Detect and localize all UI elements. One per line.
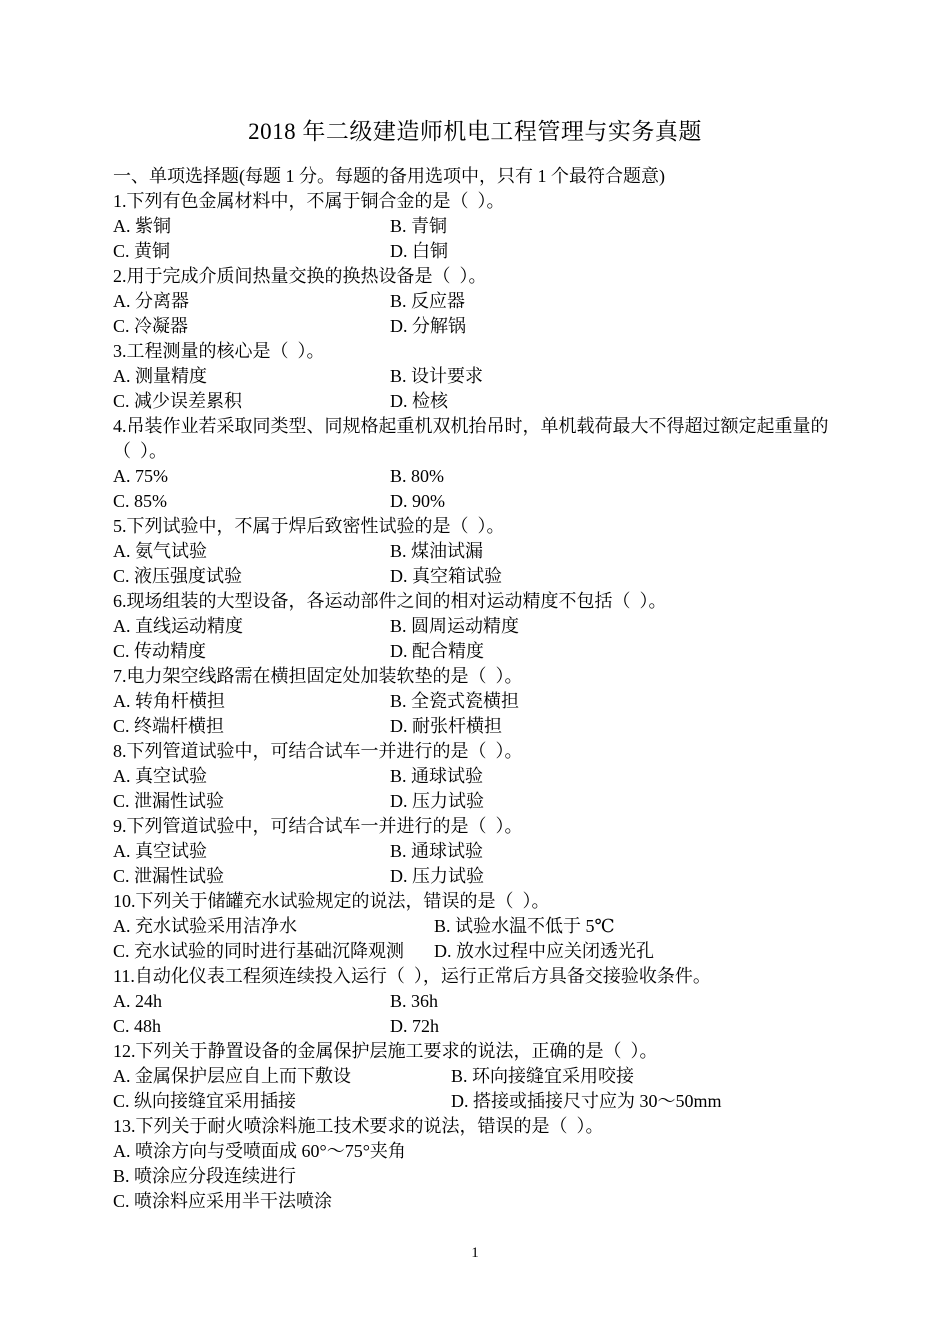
question-6-option: A. 直线运动精度 — [113, 614, 390, 639]
question-5-option-row-0: A. 氨气试验B. 煤油试漏 — [113, 539, 845, 564]
question-7-option: C. 终端杆横担 — [113, 714, 390, 739]
question-13-option-row-1: B. 喷涂应分段连续进行 — [113, 1164, 845, 1189]
question-9-stem: 9.下列管道试验中，可结合试车一并进行的是（ ）。 — [113, 814, 845, 839]
question-5-option: C. 液压强度试验 — [113, 564, 390, 589]
question-12-option-row-1: C. 纵向接缝宜采用插接D. 搭接或插接尺寸应为 30～50mm — [113, 1089, 845, 1114]
question-13-option-row-2: C. 喷涂料应采用半干法喷涂 — [113, 1189, 845, 1214]
question-2-option: C. 冷凝器 — [113, 314, 390, 339]
document-title: 2018 年二级建造师机电工程管理与实务真题 — [0, 117, 950, 147]
question-11-option-row-1: C. 48hD. 72h — [113, 1014, 845, 1039]
question-6-option-row-1: C. 传动精度D. 配合精度 — [113, 639, 845, 664]
question-3-option: B. 设计要求 — [390, 366, 483, 386]
question-12-option: B. 环向接缝宜采用咬接 — [451, 1066, 634, 1086]
question-7-option: A. 转角杆横担 — [113, 689, 390, 714]
question-3-option: A. 测量精度 — [113, 364, 390, 389]
question-8-option: C. 泄漏性试验 — [113, 789, 390, 814]
question-6-option: C. 传动精度 — [113, 639, 390, 664]
question-13-stem: 13.下列关于耐火喷涂料施工技术要求的说法，错误的是（ ）。 — [113, 1114, 845, 1139]
question-4-option-row-0: A. 75%B. 80% — [113, 464, 845, 489]
document-body: 一、单项选择题(每题 1 分。每题的备用选项中，只有 1 个最符合题意) 1.下… — [113, 164, 845, 1214]
question-4-stem: （ ）。 — [113, 439, 845, 464]
question-8-option-row-0: A. 真空试验B. 通球试验 — [113, 764, 845, 789]
question-9-option: A. 真空试验 — [113, 839, 390, 864]
question-1-option: C. 黄铜 — [113, 239, 390, 264]
question-5-option: B. 煤油试漏 — [390, 541, 483, 561]
question-2-option-row-0: A. 分离器B. 反应器 — [113, 289, 845, 314]
question-9-option: C. 泄漏性试验 — [113, 864, 390, 889]
question-10: 10.下列关于储罐充水试验规定的说法，错误的是（ ）。A. 充水试验采用洁净水B… — [113, 889, 845, 964]
question-5-option: D. 真空箱试验 — [390, 566, 502, 586]
question-11-option: B. 36h — [390, 991, 438, 1011]
question-2-option: B. 反应器 — [390, 291, 465, 311]
question-4: 4.吊装作业若采取同类型、同规格起重机双机抬吊时，单机载荷最大不得超过额定起重量… — [113, 414, 845, 514]
question-13-option: A. 喷涂方向与受喷面成 60°～75°夹角 — [113, 1141, 406, 1161]
question-11-option: D. 72h — [390, 1016, 439, 1036]
question-8-option: B. 通球试验 — [390, 766, 483, 786]
question-5-stem: 5.下列试验中，不属于焊后致密性试验的是（ ）。 — [113, 514, 845, 539]
question-6-option-row-0: A. 直线运动精度B. 圆周运动精度 — [113, 614, 845, 639]
question-4-option: B. 80% — [390, 466, 444, 486]
question-10-option: B. 试验水温不低于 5℃ — [434, 916, 615, 936]
question-13-option: C. 喷涂料应采用半干法喷涂 — [113, 1191, 332, 1211]
question-10-option: D. 放水过程中应关闭透光孔 — [434, 941, 654, 961]
question-10-option-row-0: A. 充水试验采用洁净水B. 试验水温不低于 5℃ — [113, 914, 845, 939]
question-6-option: D. 配合精度 — [390, 641, 484, 661]
section-header: 一、单项选择题(每题 1 分。每题的备用选项中，只有 1 个最符合题意) — [113, 164, 845, 189]
question-10-option-row-1: C. 充水试验的同时进行基础沉降观测D. 放水过程中应关闭透光孔 — [113, 939, 845, 964]
question-1-option: B. 青铜 — [390, 216, 447, 236]
question-4-option: D. 90% — [390, 491, 445, 511]
question-8-option-row-1: C. 泄漏性试验D. 压力试验 — [113, 789, 845, 814]
page-number: 1 — [0, 1243, 950, 1263]
question-11-option: A. 24h — [113, 989, 390, 1014]
question-1: 1.下列有色金属材料中，不属于铜合金的是（ ）。A. 紫铜B. 青铜C. 黄铜D… — [113, 189, 845, 264]
question-11-option: C. 48h — [113, 1014, 390, 1039]
question-7-option-row-0: A. 转角杆横担B. 全瓷式瓷横担 — [113, 689, 845, 714]
question-13-option: B. 喷涂应分段连续进行 — [113, 1166, 296, 1186]
question-10-option: C. 充水试验的同时进行基础沉降观测 — [113, 939, 434, 964]
question-1-option-row-0: A. 紫铜B. 青铜 — [113, 214, 845, 239]
question-1-option: D. 白铜 — [390, 241, 448, 261]
questions-container: 1.下列有色金属材料中，不属于铜合金的是（ ）。A. 紫铜B. 青铜C. 黄铜D… — [113, 189, 845, 1214]
question-6-option: B. 圆周运动精度 — [390, 616, 519, 636]
question-3: 3.工程测量的核心是（ ）。A. 测量精度B. 设计要求C. 减少误差累积D. … — [113, 339, 845, 414]
question-3-option-row-1: C. 减少误差累积D. 检核 — [113, 389, 845, 414]
question-4-option: C. 85% — [113, 489, 390, 514]
question-3-option: C. 减少误差累积 — [113, 389, 390, 414]
question-12-option: D. 搭接或插接尺寸应为 30～50mm — [451, 1091, 722, 1111]
question-4-stem: 4.吊装作业若采取同类型、同规格起重机双机抬吊时，单机载荷最大不得超过额定起重量… — [113, 414, 845, 439]
question-10-stem: 10.下列关于储罐充水试验规定的说法，错误的是（ ）。 — [113, 889, 845, 914]
question-8-stem: 8.下列管道试验中，可结合试车一并进行的是（ ）。 — [113, 739, 845, 764]
question-8-option: D. 压力试验 — [390, 791, 484, 811]
question-12-stem: 12.下列关于静置设备的金属保护层施工要求的说法，正确的是（ ）。 — [113, 1039, 845, 1064]
question-1-stem: 1.下列有色金属材料中，不属于铜合金的是（ ）。 — [113, 189, 845, 214]
question-1-option-row-1: C. 黄铜D. 白铜 — [113, 239, 845, 264]
question-7-option-row-1: C. 终端杆横担D. 耐张杆横担 — [113, 714, 845, 739]
question-12-option: A. 金属保护层应自上而下敷设 — [113, 1064, 451, 1089]
question-11: 11.自动化仪表工程须连续投入运行（ ），运行正常后方具备交接验收条件。A. 2… — [113, 964, 845, 1039]
question-13: 13.下列关于耐火喷涂料施工技术要求的说法，错误的是（ ）。A. 喷涂方向与受喷… — [113, 1114, 845, 1214]
question-5: 5.下列试验中，不属于焊后致密性试验的是（ ）。A. 氨气试验B. 煤油试漏C.… — [113, 514, 845, 589]
question-7: 7.电力架空线路需在横担固定处加装软垫的是（ ）。A. 转角杆横担B. 全瓷式瓷… — [113, 664, 845, 739]
question-1-option: A. 紫铜 — [113, 214, 390, 239]
question-7-option: D. 耐张杆横担 — [390, 716, 502, 736]
question-11-option-row-0: A. 24hB. 36h — [113, 989, 845, 1014]
question-13-option-row-0: A. 喷涂方向与受喷面成 60°～75°夹角 — [113, 1139, 845, 1164]
question-5-option-row-1: C. 液压强度试验D. 真空箱试验 — [113, 564, 845, 589]
question-9: 9.下列管道试验中，可结合试车一并进行的是（ ）。A. 真空试验B. 通球试验C… — [113, 814, 845, 889]
question-9-option-row-1: C. 泄漏性试验D. 压力试验 — [113, 864, 845, 889]
question-8-option: A. 真空试验 — [113, 764, 390, 789]
question-8: 8.下列管道试验中，可结合试车一并进行的是（ ）。A. 真空试验B. 通球试验C… — [113, 739, 845, 814]
question-9-option-row-0: A. 真空试验B. 通球试验 — [113, 839, 845, 864]
question-12: 12.下列关于静置设备的金属保护层施工要求的说法，正确的是（ ）。A. 金属保护… — [113, 1039, 845, 1114]
question-2: 2.用于完成介质间热量交换的换热设备是（ ）。A. 分离器B. 反应器C. 冷凝… — [113, 264, 845, 339]
document-page: 2018 年二级建造师机电工程管理与实务真题 一、单项选择题(每题 1 分。每题… — [0, 0, 950, 1344]
question-2-option: A. 分离器 — [113, 289, 390, 314]
question-12-option-row-0: A. 金属保护层应自上而下敷设B. 环向接缝宜采用咬接 — [113, 1064, 845, 1089]
question-9-option: B. 通球试验 — [390, 841, 483, 861]
question-5-option: A. 氨气试验 — [113, 539, 390, 564]
question-6: 6.现场组装的大型设备，各运动部件之间的相对运动精度不包括（ ）。A. 直线运动… — [113, 589, 845, 664]
question-6-stem: 6.现场组装的大型设备，各运动部件之间的相对运动精度不包括（ ）。 — [113, 589, 845, 614]
question-3-stem: 3.工程测量的核心是（ ）。 — [113, 339, 845, 364]
question-3-option-row-0: A. 测量精度B. 设计要求 — [113, 364, 845, 389]
question-4-option-row-1: C. 85%D. 90% — [113, 489, 845, 514]
question-3-option: D. 检核 — [390, 391, 448, 411]
question-10-option: A. 充水试验采用洁净水 — [113, 914, 434, 939]
question-2-stem: 2.用于完成介质间热量交换的换热设备是（ ）。 — [113, 264, 845, 289]
question-2-option-row-1: C. 冷凝器D. 分解锅 — [113, 314, 845, 339]
question-2-option: D. 分解锅 — [390, 316, 466, 336]
question-7-option: B. 全瓷式瓷横担 — [390, 691, 519, 711]
question-11-stem: 11.自动化仪表工程须连续投入运行（ ），运行正常后方具备交接验收条件。 — [113, 964, 845, 989]
question-7-stem: 7.电力架空线路需在横担固定处加装软垫的是（ ）。 — [113, 664, 845, 689]
question-9-option: D. 压力试验 — [390, 866, 484, 886]
question-12-option: C. 纵向接缝宜采用插接 — [113, 1089, 451, 1114]
question-4-option: A. 75% — [113, 464, 390, 489]
